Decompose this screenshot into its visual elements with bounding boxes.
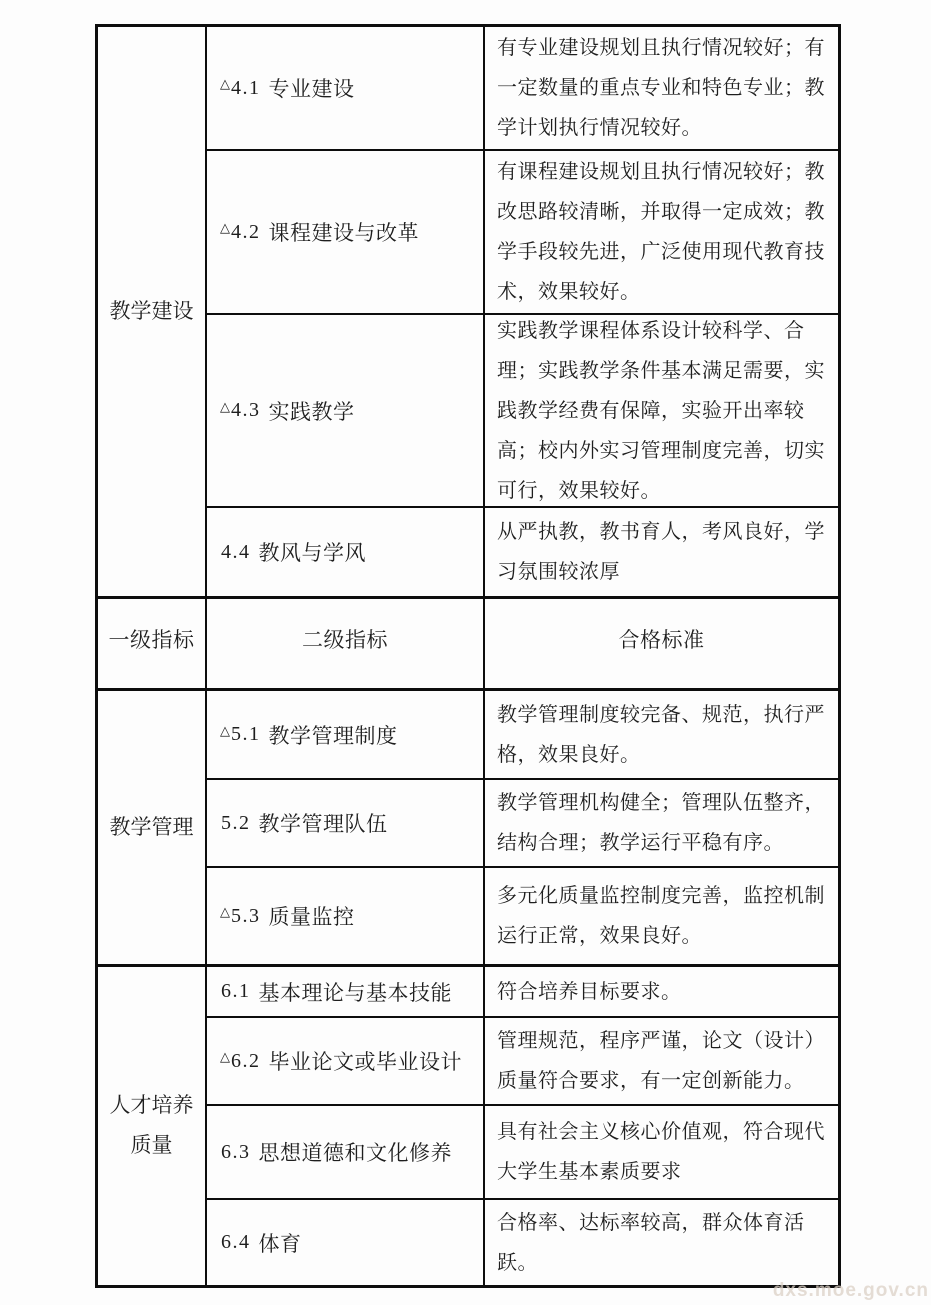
- section-rows: △5.1教学管理制度 教学管理制度较完备、规范，执行严格，效果良好。 5.2教学…: [207, 691, 838, 964]
- standard-text: 实践教学课程体系设计较科学、合理；实践教学条件基本满足需要，实践教学经费有保障，…: [497, 311, 826, 511]
- section-rows: △4.1专业建设 有专业建设规划且执行情况较好；有一定数量的重点专业和特色专业；…: [207, 27, 838, 596]
- indicator-code: 5.3: [231, 905, 261, 928]
- indicator-title: 实践教学: [269, 396, 355, 426]
- table-row: △4.1专业建设 有专业建设规划且执行情况较好；有一定数量的重点专业和特色专业；…: [207, 27, 838, 151]
- standard-text: 符合培养目标要求。: [497, 972, 682, 1012]
- indicator-cell: △4.1专业建设: [207, 27, 485, 149]
- table-header-row: 一级指标 二级指标 合格标准: [98, 596, 838, 691]
- indicator-cell: △6.2毕业论文或毕业设计: [207, 1018, 485, 1104]
- watermark: dxs.moe.gov.cn: [773, 1280, 929, 1302]
- indicator-cell: 5.2教学管理队伍: [207, 780, 485, 866]
- section-rows: 6.1基本理论与基本技能 符合培养目标要求。 △6.2毕业论文或毕业设计 管理规…: [207, 967, 838, 1285]
- delta-marker-icon: △: [220, 220, 230, 236]
- standard-cell: 符合培养目标要求。: [485, 967, 838, 1016]
- standard-cell: 多元化质量监控制度完善，监控机制运行正常，效果良好。: [485, 868, 838, 964]
- indicator-title: 教风与学风: [259, 537, 367, 567]
- indicator-code: 4.4: [221, 541, 251, 564]
- table-row: 4.4教风与学风 从严执教，教书育人，考风良好，学习氛围较浓厚: [207, 508, 838, 596]
- indicator-code: 6.2: [231, 1050, 261, 1073]
- table-row: 6.1基本理论与基本技能 符合培养目标要求。: [207, 967, 838, 1018]
- standard-cell: 有专业建设规划且执行情况较好；有一定数量的重点专业和特色专业；教学计划执行情况较…: [485, 27, 838, 149]
- indicator-cell: △5.1教学管理制度: [207, 691, 485, 778]
- indicator-title: 毕业论文或毕业设计: [269, 1046, 463, 1076]
- indicator-title: 教学管理制度: [269, 720, 398, 750]
- standard-text: 教学管理制度较完备、规范，执行严格，效果良好。: [497, 695, 826, 775]
- scanned-document-page: 教学建设 △4.1专业建设 有专业建设规划且执行情况较好；有一定数量的重点专业和…: [0, 0, 931, 1305]
- category-cell: 教学管理: [98, 691, 207, 964]
- standard-cell: 教学管理制度较完备、规范，执行严格，效果良好。: [485, 691, 838, 778]
- header-level1-indicator: 一级指标: [98, 599, 207, 688]
- table-row: △4.2课程建设与改革 有课程建设规划且执行情况较好；教改思路较清晰，并取得一定…: [207, 151, 838, 315]
- standard-cell: 教学管理机构健全；管理队伍整齐，结构合理；教学运行平稳有序。: [485, 780, 838, 866]
- header-level2-indicator: 二级指标: [207, 599, 485, 688]
- indicator-title: 教学管理队伍: [259, 808, 388, 838]
- standard-text: 从严执教，教书育人，考风良好，学习氛围较浓厚: [497, 512, 826, 592]
- indicator-code: 4.1: [231, 77, 261, 100]
- section-talent-cultivation-quality: 人才培养质量 6.1基本理论与基本技能 符合培养目标要求。 △6.2毕业论文或毕…: [98, 964, 838, 1285]
- evaluation-indicator-table: 教学建设 △4.1专业建设 有专业建设规划且执行情况较好；有一定数量的重点专业和…: [95, 24, 841, 1288]
- standard-text: 合格率、达标率较高，群众体育活跃。: [497, 1203, 826, 1283]
- table-row: △5.3质量监控 多元化质量监控制度完善，监控机制运行正常，效果良好。: [207, 868, 838, 964]
- table-row: 6.4体育 合格率、达标率较高，群众体育活跃。: [207, 1200, 838, 1285]
- indicator-title: 思想道德和文化修养: [259, 1137, 453, 1167]
- table-row: △4.3实践教学 实践教学课程体系设计较科学、合理；实践教学条件基本满足需要，实…: [207, 315, 838, 508]
- indicator-cell: 6.3思想道德和文化修养: [207, 1106, 485, 1198]
- standard-cell: 有课程建设规划且执行情况较好；教改思路较清晰，并取得一定成效；教学手段较先进，广…: [485, 151, 838, 313]
- indicator-code: 5.1: [231, 723, 261, 746]
- indicator-title: 质量监控: [269, 901, 355, 931]
- indicator-cell: △4.3实践教学: [207, 315, 485, 506]
- section-teaching-management: 教学管理 △5.1教学管理制度 教学管理制度较完备、规范，执行严格，效果良好。 …: [98, 691, 838, 964]
- standard-text: 有专业建设规划且执行情况较好；有一定数量的重点专业和特色专业；教学计划执行情况较…: [497, 28, 826, 148]
- section-teaching-construction: 教学建设 △4.1专业建设 有专业建设规划且执行情况较好；有一定数量的重点专业和…: [98, 27, 838, 596]
- standard-cell: 实践教学课程体系设计较科学、合理；实践教学条件基本满足需要，实践教学经费有保障，…: [485, 315, 838, 506]
- indicator-code: 4.3: [231, 399, 261, 422]
- indicator-cell: △4.2课程建设与改革: [207, 151, 485, 313]
- indicator-title: 课程建设与改革: [269, 217, 420, 247]
- standard-cell: 合格率、达标率较高，群众体育活跃。: [485, 1200, 838, 1285]
- standard-text: 有课程建设规划且执行情况较好；教改思路较清晰，并取得一定成效；教学手段较先进，广…: [497, 152, 826, 312]
- indicator-title: 基本理论与基本技能: [259, 977, 453, 1007]
- indicator-code: 6.4: [221, 1231, 251, 1254]
- indicator-cell: 4.4教风与学风: [207, 508, 485, 596]
- standard-text: 管理规范，程序严谨，论文（设计）质量符合要求，有一定创新能力。: [497, 1021, 826, 1101]
- indicator-cell: 6.4体育: [207, 1200, 485, 1285]
- category-cell: 人才培养质量: [98, 967, 207, 1285]
- indicator-cell: △5.3质量监控: [207, 868, 485, 964]
- delta-marker-icon: △: [220, 76, 230, 92]
- standard-text: 多元化质量监控制度完善，监控机制运行正常，效果良好。: [497, 876, 826, 956]
- indicator-code: 6.1: [221, 980, 251, 1003]
- table-row: 5.2教学管理队伍 教学管理机构健全；管理队伍整齐，结构合理；教学运行平稳有序。: [207, 780, 838, 868]
- indicator-code: 5.2: [221, 812, 251, 835]
- standard-text: 具有社会主义核心价值观，符合现代大学生基本素质要求: [497, 1112, 826, 1192]
- delta-marker-icon: △: [220, 399, 230, 415]
- delta-marker-icon: △: [220, 904, 230, 920]
- table-row: 6.3思想道德和文化修养 具有社会主义核心价值观，符合现代大学生基本素质要求: [207, 1106, 838, 1200]
- indicator-cell: 6.1基本理论与基本技能: [207, 967, 485, 1016]
- indicator-code: 6.3: [221, 1141, 251, 1164]
- table-row: △5.1教学管理制度 教学管理制度较完备、规范，执行严格，效果良好。: [207, 691, 838, 780]
- delta-marker-icon: △: [220, 1049, 230, 1065]
- indicator-code: 4.2: [231, 221, 261, 244]
- table-row: △6.2毕业论文或毕业设计 管理规范，程序严谨，论文（设计）质量符合要求，有一定…: [207, 1018, 838, 1106]
- standard-cell: 从严执教，教书育人，考风良好，学习氛围较浓厚: [485, 508, 838, 596]
- header-qualified-standard: 合格标准: [485, 599, 838, 688]
- indicator-title: 专业建设: [269, 73, 355, 103]
- standard-text: 教学管理机构健全；管理队伍整齐，结构合理；教学运行平稳有序。: [497, 783, 826, 863]
- delta-marker-icon: △: [220, 723, 230, 739]
- indicator-title: 体育: [259, 1228, 302, 1258]
- standard-cell: 具有社会主义核心价值观，符合现代大学生基本素质要求: [485, 1106, 838, 1198]
- standard-cell: 管理规范，程序严谨，论文（设计）质量符合要求，有一定创新能力。: [485, 1018, 838, 1104]
- category-cell: 教学建设: [98, 27, 207, 596]
